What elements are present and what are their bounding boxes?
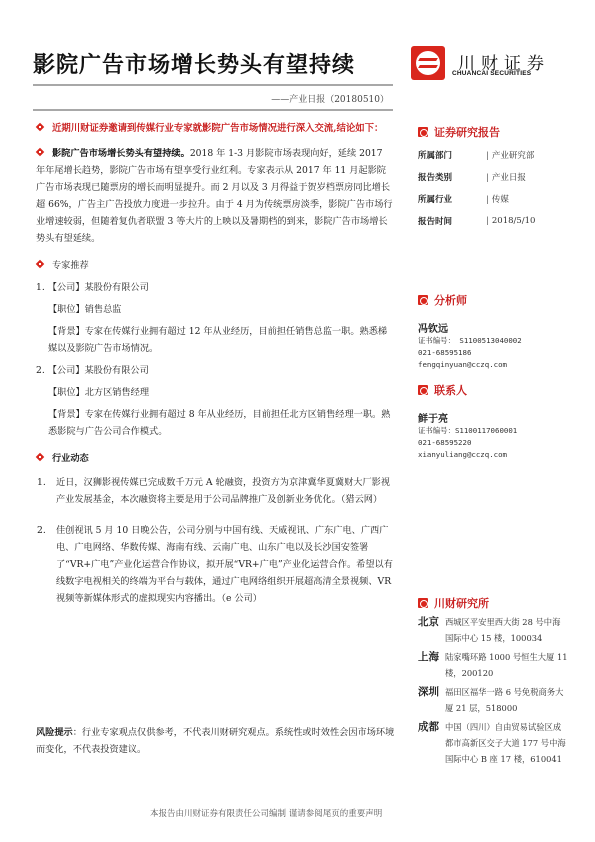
institute-heading: 川财研究所	[418, 595, 568, 611]
analyst-phone: 021-68595186	[418, 347, 568, 359]
bullet-diamond-icon	[36, 453, 44, 461]
analyst-heading: 分析师	[418, 292, 568, 308]
office-shenzhen: 深圳福田区福华一路 6 号免税商务大厦 21 层，518000	[418, 684, 568, 716]
expert-background: 【背景】专家在传媒行业拥有超过 12 年从业经历，目前担任销售总监一职。熟悉梯媒…	[36, 323, 393, 357]
logo-english-name: CHUANCAI SECURITIES	[452, 70, 531, 77]
meta-row-category: 报告类别产业日报	[418, 166, 568, 188]
summary-headline: 影院广告市场增长势头有望持续。	[52, 148, 190, 159]
meta-row-industry: 所属行业传媒	[418, 188, 568, 210]
contact-cert: 证书编号：S1100117060001	[418, 425, 568, 437]
contact-email[interactable]: xianyuliang@cczq.com	[418, 449, 568, 461]
expert-item: 1. 【公司】某股份有限公司 【职位】销售总监 【背景】专家在传媒行业拥有超过 …	[36, 279, 393, 357]
summary-text: 2018 年 1-3 月影院市场表现向好，延续 2017 年年尾增长趋势，影院广…	[36, 148, 393, 244]
main-content: 近期川财证券邀请到传媒行业专家就影院广告市场情况进行深入交流,结论如下： 影院广…	[36, 120, 393, 607]
contact-name: 鲜于亮	[418, 410, 568, 425]
brand-icon	[418, 127, 428, 137]
bullet-diamond-icon	[36, 148, 44, 156]
brand-icon	[418, 385, 428, 395]
analyst-cert: 证书编号： S1100513040002	[418, 335, 568, 347]
risk-label: 风险提示	[36, 727, 73, 738]
lead-text: 近期川财证券邀请到传媒行业专家就影院广告市场情况进行深入交流,结论如下：	[52, 123, 383, 134]
institute-panel: 川财研究所 北京西城区平安里西大街 28 号中海国际中心 15 楼，100034…	[418, 595, 568, 767]
report-info-panel: 证券研究报告 所属部门产业研究部 报告类别产业日报 所属行业传媒 报告时间201…	[418, 124, 568, 232]
expert-company: 2. 【公司】某股份有限公司	[36, 362, 393, 379]
logo-mark-icon	[411, 46, 445, 80]
risk-text: ：行业专家观点仅供参考，不代表川财研究观点。系统性或时效性会因市场环境而变化，不…	[36, 727, 394, 755]
report-subtitle: ——产业日报（20180510）	[271, 92, 389, 105]
news-item: 1. 近日，汉狮影视传媒已完成数千万元 A 轮融资，投资方为京津冀华夏冀财大厂影…	[36, 474, 393, 508]
contact-panel: 联系人 鲜于亮 证书编号：S1100117060001 021-68595220…	[418, 382, 568, 461]
header-divider-bottom	[33, 109, 393, 111]
office-shanghai: 上海陆家嘴环路 1000 号恒生大厦 11 楼，200120	[418, 649, 568, 681]
analyst-name: 冯钦远	[418, 320, 568, 335]
experts-heading: 专家推荐	[36, 257, 393, 274]
risk-warning: 风险提示：行业专家观点仅供参考，不代表川财研究观点。系统性或时效性会因市场环境而…	[36, 724, 396, 758]
contact-phone: 021-68595220	[418, 437, 568, 449]
analyst-panel: 分析师 冯钦远 证书编号： S1100513040002 021-6859518…	[418, 292, 568, 371]
bullet-diamond-icon	[36, 123, 44, 131]
meta-row-department: 所属部门产业研究部	[418, 144, 568, 166]
header-divider-top	[33, 84, 393, 86]
expert-position: 【职位】销售总监	[36, 301, 393, 318]
footer-disclaimer: 本报告由川财证券有限责任公司编制 谨请参阅尾页的重要声明	[150, 807, 382, 819]
bullet-diamond-icon	[36, 260, 44, 268]
news-item: 2. 佳创视讯 5 月 10 日晚公告，公司分别与中国有线、天威视讯、广东广电、…	[36, 522, 393, 607]
analyst-email[interactable]: fengqinyuan@cczq.com	[418, 359, 568, 371]
meta-row-date: 报告时间2018/5/10	[418, 210, 568, 232]
report-heading: 证券研究报告	[418, 124, 568, 140]
expert-item: 2. 【公司】某股份有限公司 【职位】北方区销售经理 【背景】专家在传媒行业拥有…	[36, 362, 393, 440]
news-heading: 行业动态	[36, 450, 393, 467]
summary-paragraph: 影院广告市场增长势头有望持续。2018 年 1-3 月影院市场表现向好，延续 2…	[36, 145, 393, 247]
expert-company: 1. 【公司】某股份有限公司	[36, 279, 393, 296]
report-title: 影院广告市场增长势头有望持续	[33, 48, 355, 79]
company-logo: 川财证券 CHUANCAI SECURITIES	[411, 46, 554, 90]
brand-icon	[418, 295, 428, 305]
expert-position: 【职位】北方区销售经理	[36, 384, 393, 401]
brand-icon	[418, 598, 428, 608]
lead-paragraph: 近期川财证券邀请到传媒行业专家就影院广告市场情况进行深入交流,结论如下：	[36, 120, 393, 138]
office-beijing: 北京西城区平安里西大街 28 号中海国际中心 15 楼，100034	[418, 614, 568, 646]
expert-background: 【背景】专家在传媒行业拥有超过 8 年从业经历，目前担任北方区销售经理一职。熟悉…	[36, 406, 393, 440]
office-chengdu: 成都中国（四川）自由贸易试验区成都市高新区交子大道 177 号中海国际中心 B …	[418, 719, 568, 767]
contact-heading: 联系人	[418, 382, 568, 398]
